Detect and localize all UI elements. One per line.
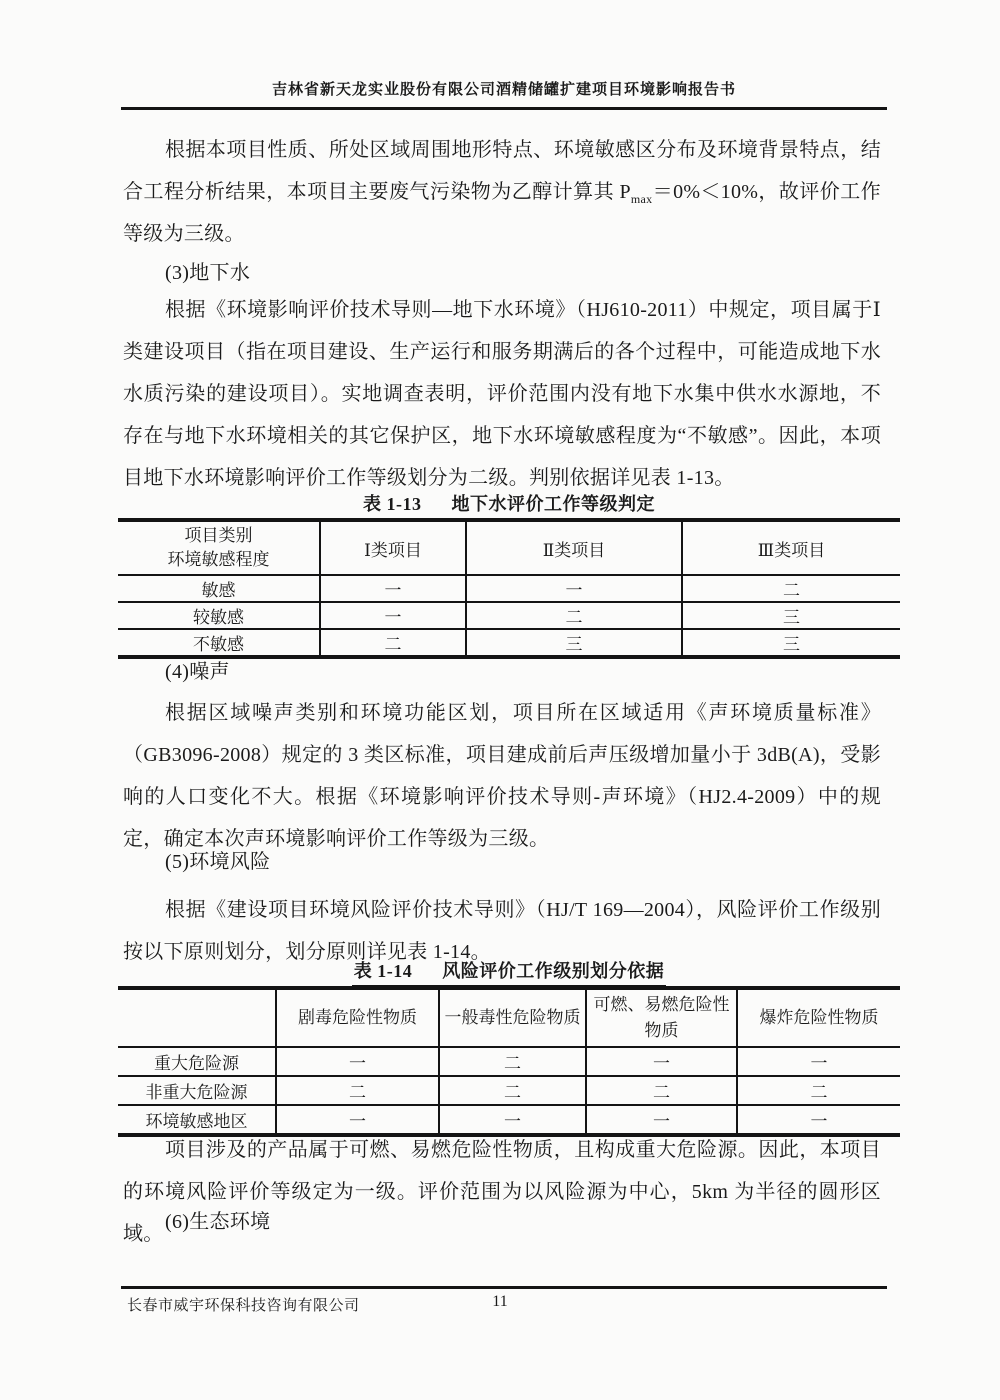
table14-caption-title: 风险评价工作级别划分依据 [442, 961, 664, 981]
section-heading-groundwater: (3)地下水 [123, 252, 881, 294]
table13-grid: 项目类别 环境敏感程度 Ⅰ类项目 Ⅱ类项目 Ⅲ类项目 敏感 一 一 二 较敏感 [118, 518, 900, 659]
footer-page-number: 11 [0, 1293, 1000, 1311]
table13-caption-title: 地下水评价工作等级判定 [452, 494, 656, 514]
table-cell: 一 [466, 575, 682, 602]
heading-text: (5)环境风险 [123, 841, 881, 883]
formula-subscript: max [631, 192, 653, 206]
header-rule [121, 107, 887, 110]
heading-text: (6)生态环境 [123, 1201, 881, 1243]
table-cell: 一 [320, 602, 466, 629]
table14-grid: 剧毒危险性物质 一般毒性危险物质 可燃、易燃危险性物质 爆炸危险性物质 重大危险… [118, 986, 900, 1137]
table-cell: 一 [586, 1047, 737, 1076]
table-cell: 一 [276, 1047, 439, 1076]
table13: 项目类别 环境敏感程度 Ⅰ类项目 Ⅱ类项目 Ⅲ类项目 敏感 一 一 二 较敏感 [118, 518, 900, 659]
table14-caption-text: 表 1-14风险评价工作级别划分依据 [352, 958, 667, 987]
table14-caption: 表 1-14风险评价工作级别划分依据 [118, 958, 900, 987]
table14-col-header: 可燃、易燃危险性物质 [586, 988, 737, 1047]
table-cell: 二 [466, 602, 682, 629]
table14-row: 重大危险源 一 二 一 一 [118, 1047, 900, 1076]
footer-rule [121, 1286, 887, 1289]
table13-row: 敏感 一 一 二 [118, 575, 900, 602]
section-heading-ecology: (6)生态环境 [123, 1201, 881, 1243]
report-page: 吉林省新天龙实业股份有限公司酒精储罐扩建项目环境影响报告书 根据本项目性质、所处… [0, 0, 1000, 1400]
table14: 剧毒危险性物质 一般毒性危险物质 可燃、易燃危险性物质 爆炸危险性物质 重大危险… [118, 986, 900, 1137]
table-cell: 二 [276, 1076, 439, 1105]
table13-col-header: Ⅲ类项目 [682, 520, 900, 575]
corner-top-label: 项目类别 [122, 524, 315, 548]
paragraph-noise: 根据区域噪声类别和环境功能区划，项目所在区域适用《声环境质量标准》（GB3096… [123, 692, 881, 860]
table-cell: 一 [737, 1047, 900, 1076]
table13-header-row: 项目类别 环境敏感程度 Ⅰ类项目 Ⅱ类项目 Ⅲ类项目 [118, 520, 900, 575]
table13-col-header: Ⅰ类项目 [320, 520, 466, 575]
paragraph-text: 根据区域噪声类别和环境功能区划，项目所在区域适用《声环境质量标准》（GB3096… [123, 692, 881, 860]
table13-corner-cell: 项目类别 环境敏感程度 [118, 520, 320, 575]
paragraph-text: 根据《环境影响评价技术导则—地下水环境》（HJ610-2011）中规定，项目属于… [123, 289, 881, 499]
paragraph-air-assessment: 根据本项目性质、所处区域周围地形特点、环境敏感区分布及环境背景特点，结合工程分析… [123, 129, 881, 255]
table14-col-header: 爆炸危险性物质 [737, 988, 900, 1047]
table-cell: 三 [682, 602, 900, 629]
table13-row: 较敏感 一 二 三 [118, 602, 900, 629]
table-cell: 二 [586, 1076, 737, 1105]
section-heading-noise: (4)噪声 [123, 651, 881, 693]
table14-header-row: 剧毒危险性物质 一般毒性危险物质 可燃、易燃危险性物质 爆炸危险性物质 [118, 988, 900, 1047]
row-label: 较敏感 [118, 602, 320, 629]
table14-col-header: 剧毒危险性物质 [276, 988, 439, 1047]
table-cell: 二 [439, 1076, 586, 1105]
table13-caption: 表 1-13地下水评价工作等级判定 [118, 491, 900, 520]
table14-col-header: 一般毒性危险物质 [439, 988, 586, 1047]
row-label: 敏感 [118, 575, 320, 602]
paragraph-groundwater: 根据《环境影响评价技术导则—地下水环境》（HJ610-2011）中规定，项目属于… [123, 289, 881, 499]
row-label: 非重大危险源 [118, 1076, 276, 1105]
heading-text: (4)噪声 [123, 651, 881, 693]
table14-row: 非重大危险源 二 二 二 二 [118, 1076, 900, 1105]
table13-caption-label: 表 1-13 [363, 494, 422, 514]
table13-col-header: Ⅱ类项目 [466, 520, 682, 575]
corner-bottom-label: 环境敏感程度 [122, 548, 315, 572]
paragraph-text: 根据本项目性质、所处区域周围地形特点、环境敏感区分布及环境背景特点，结合工程分析… [123, 129, 881, 255]
table14-corner-cell [118, 988, 276, 1047]
page-header-title: 吉林省新天龙实业股份有限公司酒精储罐扩建项目环境影响报告书 [121, 78, 887, 99]
section-heading-risk: (5)环境风险 [123, 841, 881, 883]
table-cell: 二 [439, 1047, 586, 1076]
table-cell: 一 [320, 575, 466, 602]
table14-caption-label: 表 1-14 [354, 961, 413, 981]
table-cell: 二 [682, 575, 900, 602]
row-label: 重大危险源 [118, 1047, 276, 1076]
table13-caption-text: 表 1-13地下水评价工作等级判定 [361, 491, 657, 520]
table-cell: 二 [737, 1076, 900, 1105]
heading-text: (3)地下水 [123, 252, 881, 294]
